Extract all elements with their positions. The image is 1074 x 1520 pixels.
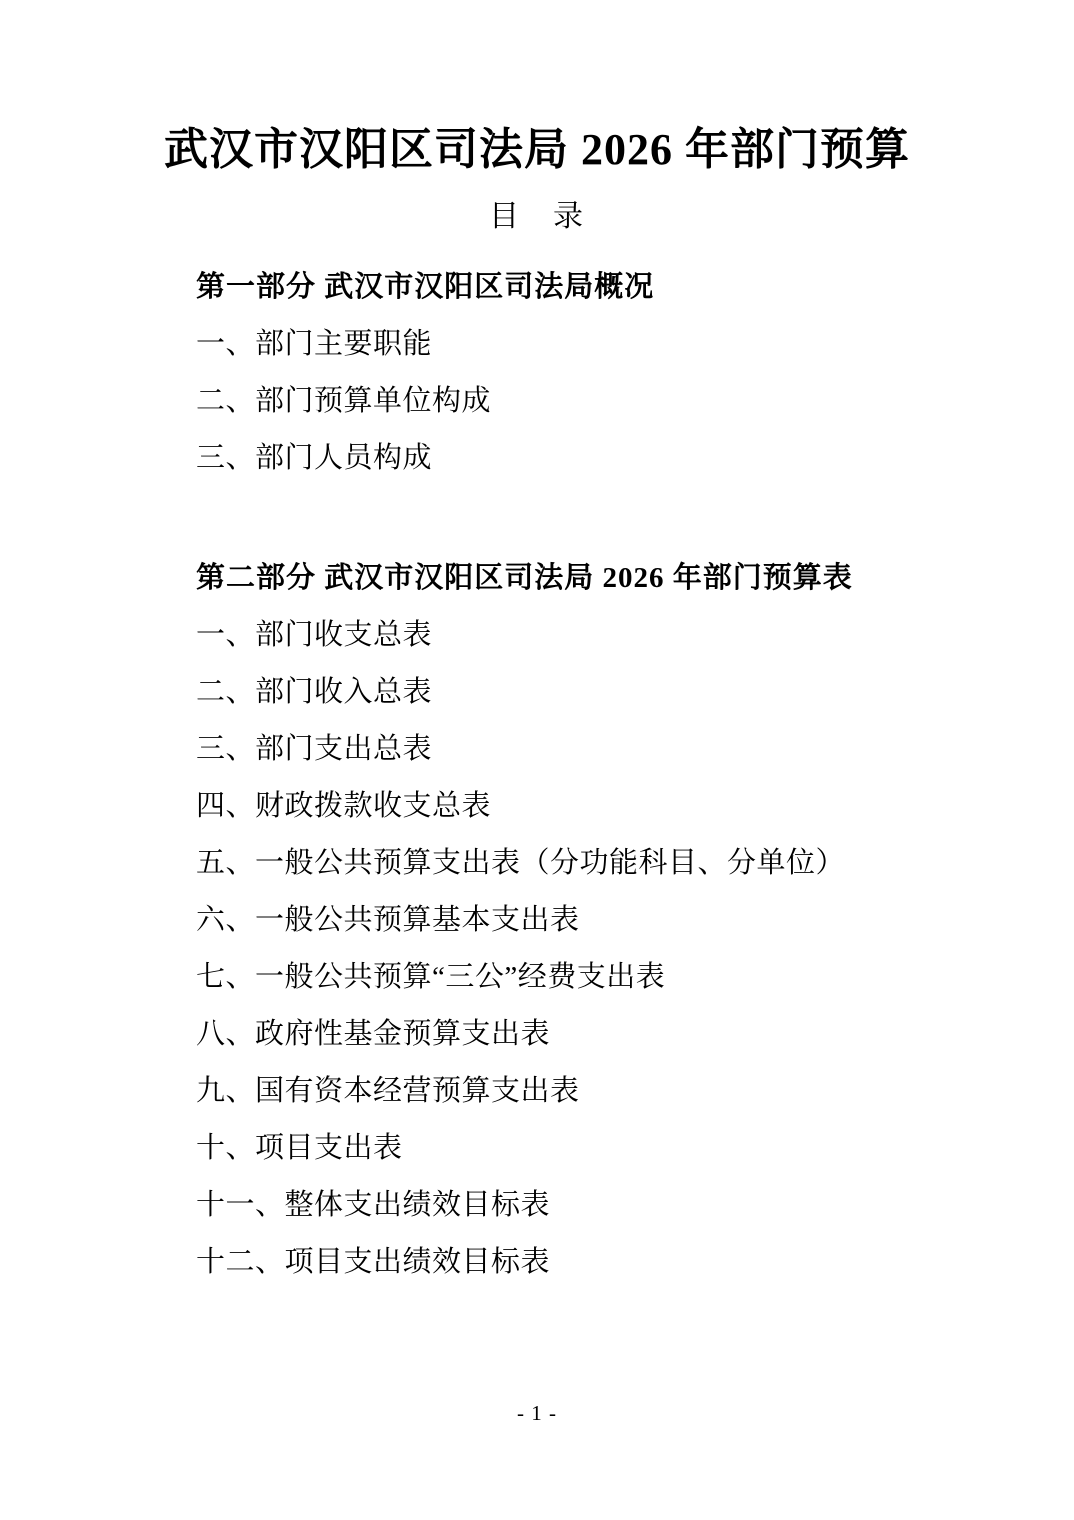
document-page: 武汉市汉阳区司法局 2026 年部门预算 目 录 第一部分 武汉市汉阳区司法局概…: [0, 0, 1074, 1520]
toc-item-part1-2: 二、部门预算单位构成: [196, 370, 1014, 427]
toc-item-part2-5: 五、一般公共预算支出表（分功能科目、分单位）: [196, 832, 1014, 889]
toc-item-part2-4: 四、财政拨款收支总表: [196, 775, 1014, 832]
toc-item-part2-3: 三、部门支出总表: [196, 718, 1014, 775]
toc-item-part2-12: 十二、项目支出绩效目标表: [196, 1231, 1014, 1288]
toc-item-part2-6: 六、一般公共预算基本支出表: [196, 889, 1014, 946]
page-number: - 1 -: [0, 1401, 1074, 1426]
section-1-heading: 第一部分 武汉市汉阳区司法局概况: [196, 256, 1014, 313]
toc-item-part2-9: 九、国有资本经营预算支出表: [196, 1060, 1014, 1117]
toc-item-part1-1: 一、部门主要职能: [196, 313, 1014, 370]
toc-item-part2-11: 十一、整体支出绩效目标表: [196, 1174, 1014, 1231]
toc-item-part1-3: 三、部门人员构成: [196, 427, 1014, 484]
toc-item-part2-2: 二、部门收入总表: [196, 661, 1014, 718]
toc-content: 第一部分 武汉市汉阳区司法局概况 一、部门主要职能 二、部门预算单位构成 三、部…: [196, 256, 1014, 1288]
toc-item-part2-10: 十、项目支出表: [196, 1117, 1014, 1174]
toc-item-part2-1: 一、部门收支总表: [196, 604, 1014, 661]
section-2-heading: 第二部分 武汉市汉阳区司法局 2026 年部门预算表: [196, 547, 1014, 604]
section-gap: [196, 484, 1014, 547]
document-title: 武汉市汉阳区司法局 2026 年部门预算: [0, 0, 1074, 177]
toc-heading: 目 录: [0, 197, 1074, 238]
toc-item-part2-8: 八、政府性基金预算支出表: [196, 1003, 1014, 1060]
toc-item-part2-7: 七、一般公共预算“三公”经费支出表: [196, 946, 1014, 1003]
